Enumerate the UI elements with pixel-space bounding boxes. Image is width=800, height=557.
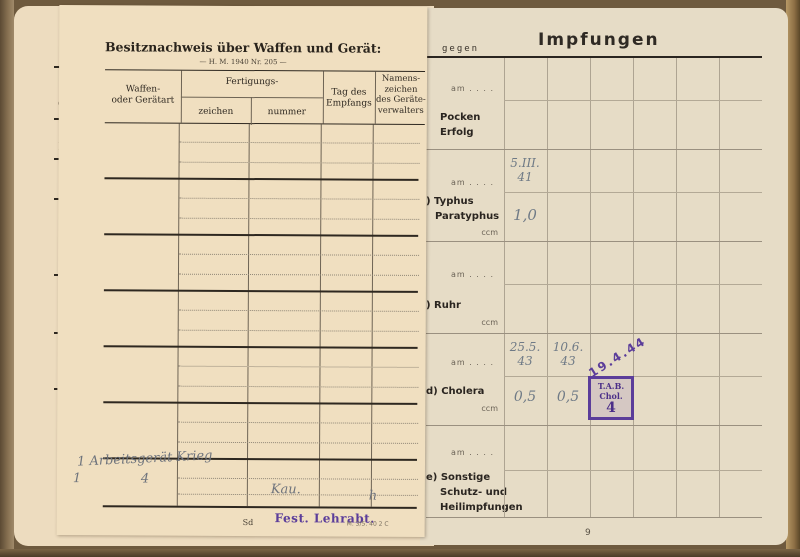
am-label: am . . . . [451, 178, 494, 187]
handwritten-initial: h [369, 489, 377, 504]
row-rule [103, 505, 417, 508]
row-rule [104, 289, 418, 292]
unit-label: ccm [481, 228, 498, 237]
row-label: am . . . . ) Ruhr ccm [426, 242, 504, 334]
handwritten-quantity: 1 [73, 471, 81, 486]
disease-line: Paratyphus [426, 209, 499, 224]
header-waffen: Waffen- oder Gerätart [105, 84, 181, 106]
disease-name: d) Cholera [426, 384, 484, 399]
row-label: am . . . . e) Sonstige Schutz- und Heili… [426, 426, 504, 518]
am-label: am . . . . [451, 448, 494, 457]
handwritten-mark: 4 [141, 471, 149, 486]
handwritten-date: 10.6. 43 [547, 340, 589, 368]
handwritten-dose: 0,5 [547, 390, 589, 404]
vaccination-cells: 5.III. 41 1,0 [504, 150, 762, 242]
vaccination-row-typhus: am . . . . ) Typhus Paratyphus ccm 5.III… [426, 150, 762, 242]
card-title: Besitznachweis über Waffen und Gerät: [59, 39, 427, 56]
row-label: am . . . . ) Typhus Paratyphus ccm [426, 150, 504, 242]
vaccination-row-sonstige: am . . . . e) Sonstige Schutz- und Heili… [426, 426, 762, 518]
vaccination-row-pocken: am . . . . Pocken Erfolg [426, 58, 762, 150]
row-rule [104, 345, 418, 348]
disease-line: Erfolg [440, 125, 480, 140]
vaccination-cells [504, 426, 762, 518]
stamp-number: 4 [591, 401, 631, 415]
vaccination-cells [504, 58, 762, 150]
impfungen-title: Impfungen [538, 30, 660, 50]
vaccination-row-ruhr: am . . . . ) Ruhr ccm [426, 242, 762, 334]
book-binding-left [0, 0, 14, 557]
unit-label: ccm [481, 318, 498, 327]
stamp-line: T.A.B. [591, 381, 631, 391]
handwritten-entry: 1 Arbeitsgerät Krieg [77, 448, 213, 469]
print-code: M. 3/5. 40 2 C [347, 521, 389, 528]
tab-chol-stamp: T.A.B. Chol. 4 [588, 376, 634, 420]
right-page-impfungen: gegen Impfungen am . . . . Pocken Erfolg… [420, 8, 788, 545]
handwritten-date: 25.5. 43 [504, 340, 546, 368]
besitznachweis-card: Besitznachweis über Waffen und Gerät: — … [57, 5, 428, 537]
book-binding-bottom [0, 549, 800, 557]
header-zeichen: zeichen [181, 107, 251, 118]
disease-line: Pocken [440, 110, 480, 125]
disease-line: d) Cholera [426, 384, 484, 399]
row-rule [104, 177, 418, 180]
row-label: am . . . . Pocken Erfolg [426, 58, 504, 150]
header-nummer: nummer [251, 107, 323, 118]
header-fertigungs: Fertigungs- [181, 77, 323, 89]
am-label: am . . . . [451, 84, 494, 93]
header-namenszeichen: Namens- zeichen des Geräte- verwalters [375, 74, 427, 116]
disease-name: ) Ruhr [426, 298, 461, 313]
handwritten-date: 5.III. 41 [504, 156, 546, 184]
disease-line: ) Ruhr [426, 298, 461, 313]
header-tag-des-empfangs: Tag des Empfangs [323, 87, 375, 109]
row-rule [104, 233, 418, 236]
form-code: Sd [243, 518, 254, 527]
row-rule [103, 401, 417, 404]
disease-name: Pocken Erfolg [440, 110, 480, 140]
disease-line: ) Typhus [426, 194, 499, 209]
am-label: am . . . . [451, 358, 494, 367]
book-binding-right [786, 0, 800, 557]
card-subtitle: — H. M. 1940 Nr. 205 — [59, 57, 427, 67]
am-label: am . . . . [451, 270, 494, 279]
handwritten-signature: Kau. [271, 482, 301, 497]
page-number: 9 [585, 528, 591, 538]
row-label: am . . . . d) Cholera ccm [426, 334, 504, 426]
card-table-header: Waffen- oder Gerätart Fertigungs- zeiche… [105, 69, 425, 125]
unit-label: ccm [481, 404, 498, 413]
gegen-label: gegen [442, 44, 479, 54]
handwritten-dose: 0,5 [504, 390, 546, 404]
disease-name: ) Typhus Paratyphus [426, 194, 499, 224]
vaccination-cells [504, 242, 762, 334]
handwritten-dose: 1,0 [504, 208, 546, 222]
